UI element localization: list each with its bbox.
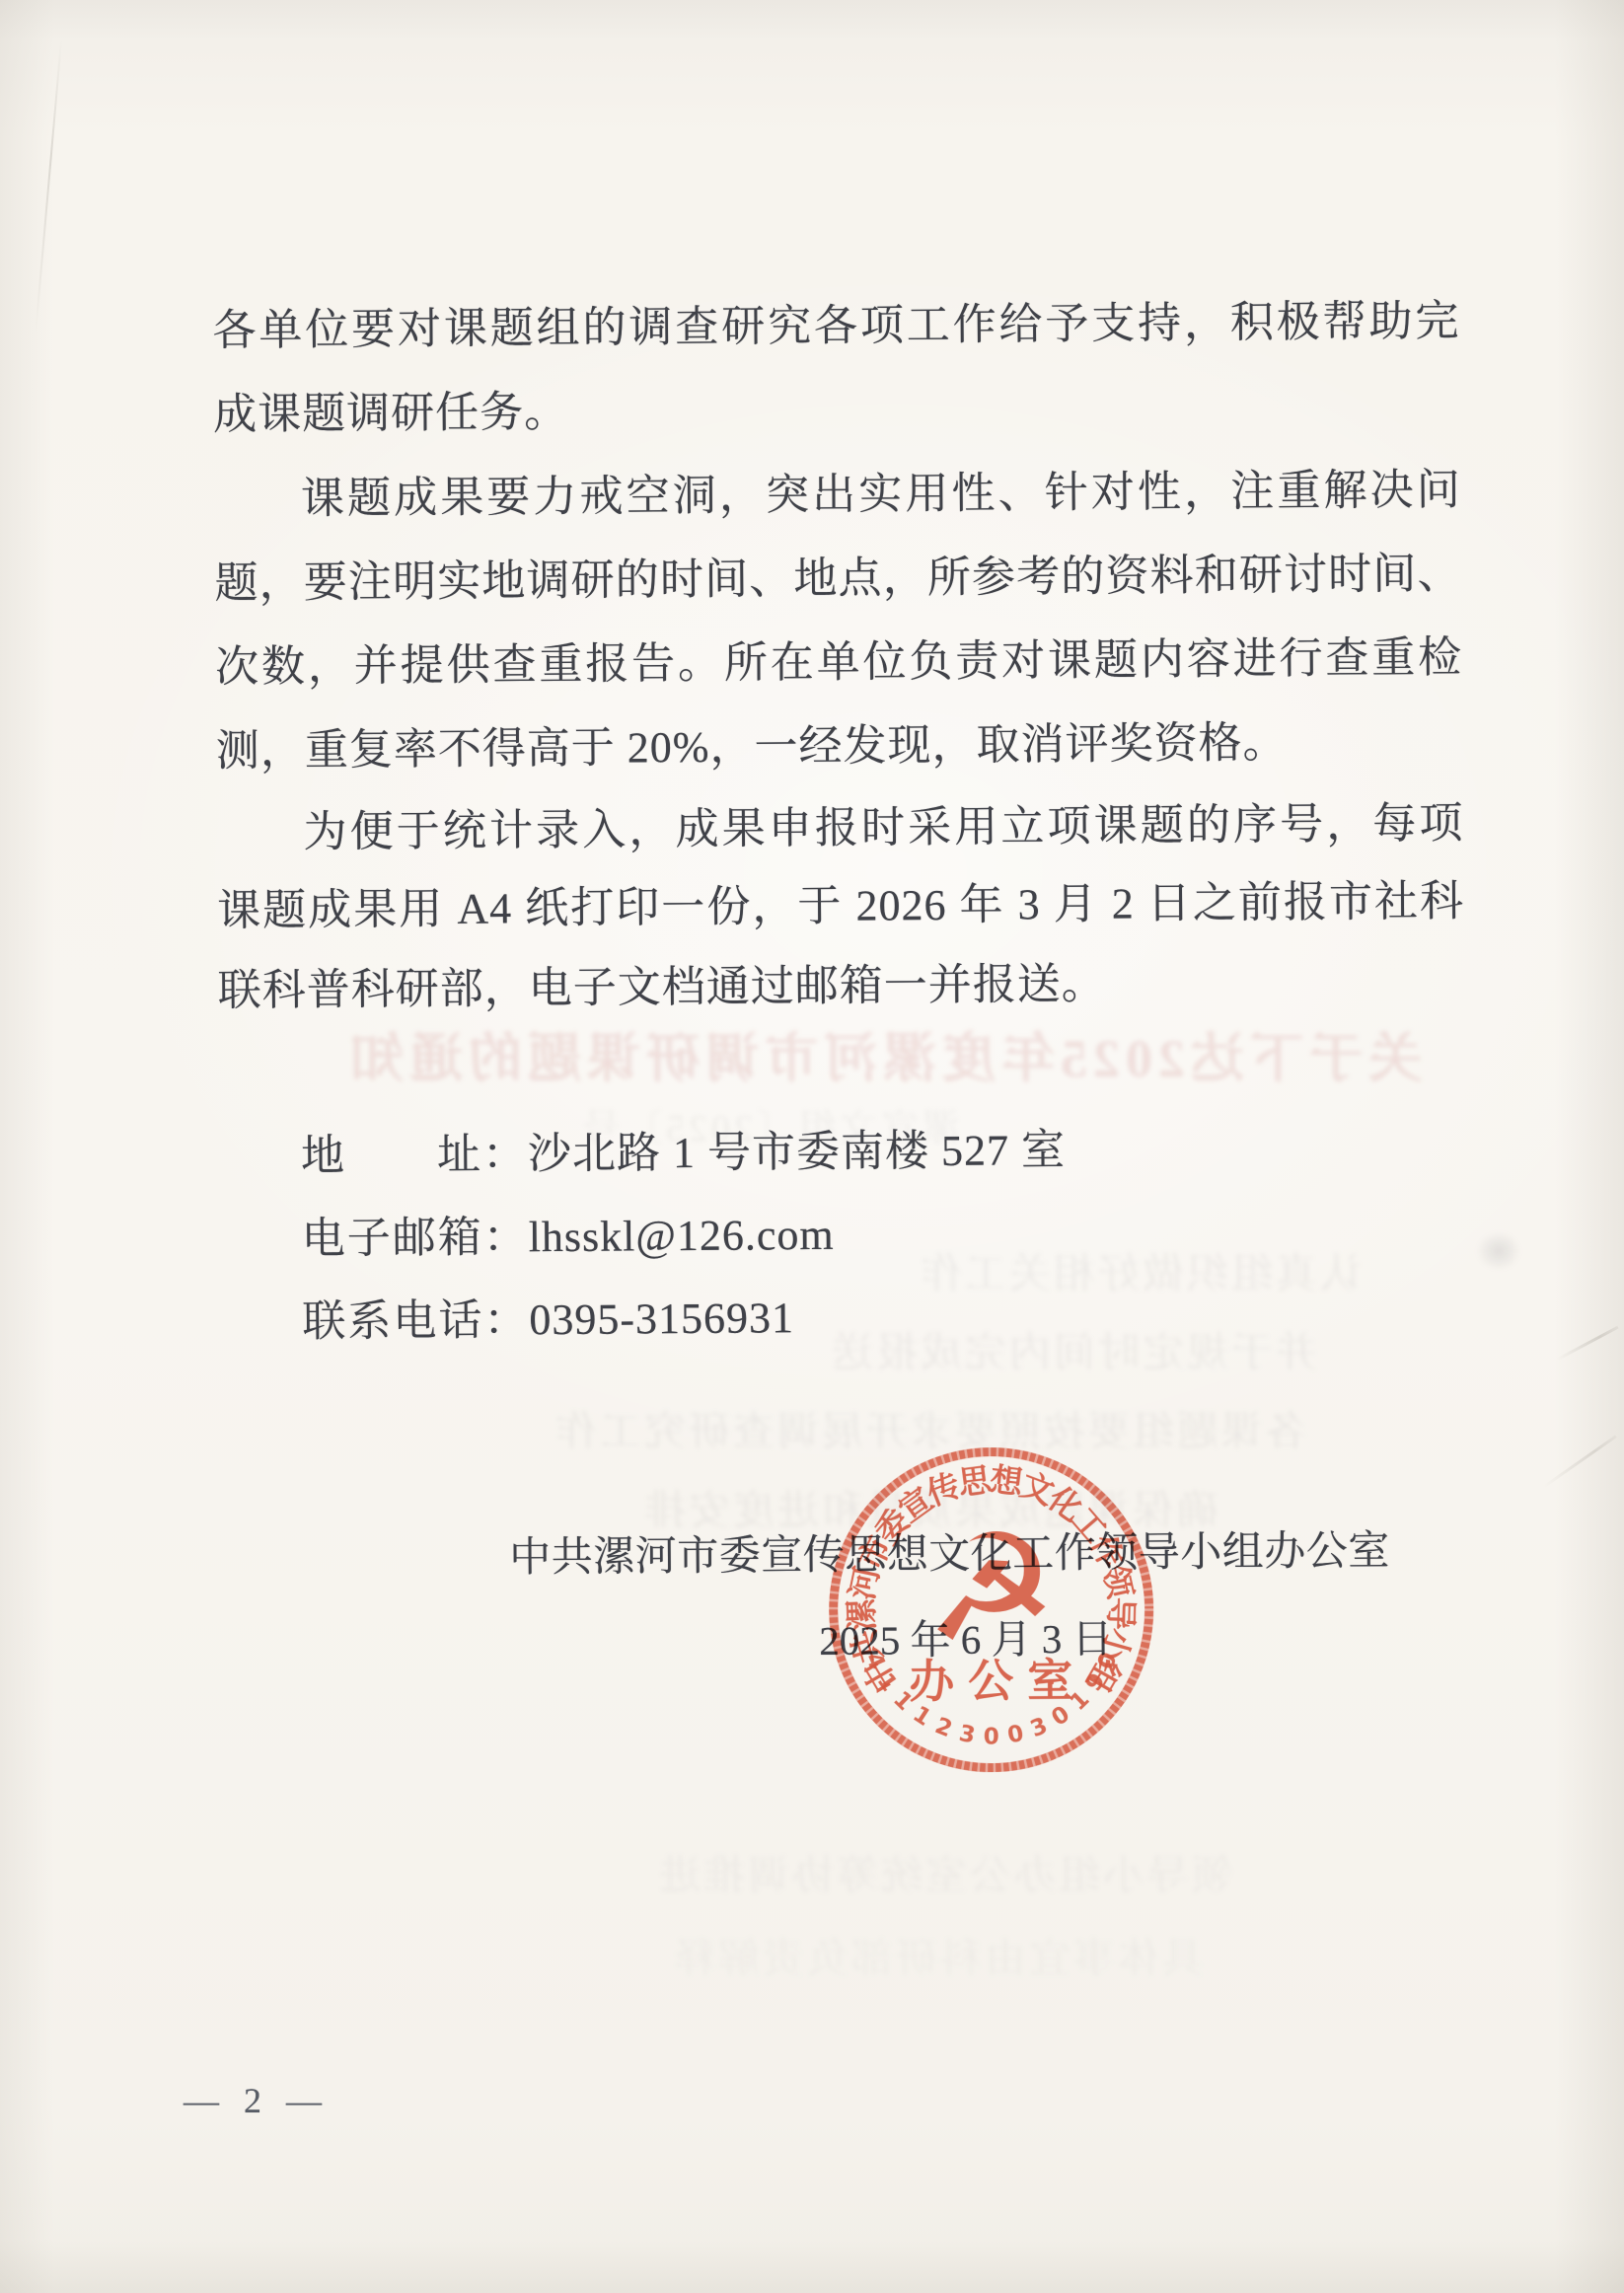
hammer-sickle-icon: ☭: [924, 1503, 1059, 1675]
body-line: 课题成果要力戒空洞，突出实用性、针对性，注重解决问: [301, 465, 1461, 533]
contact-email-row: 电子邮箱：lhsskl@126.com: [302, 1210, 835, 1273]
contact-address-row: 地 址：沙北路 1 号市委南楼 527 室: [301, 1125, 1066, 1190]
email-label: 电子邮箱：: [302, 1213, 529, 1263]
contact-phone-row: 联系电话：0395-3156931: [302, 1293, 794, 1356]
body-line: 测，重复率不得高于 20%，一经发现，取消评奖资格。: [216, 716, 1463, 785]
address-value: 沙北路 1 号市委南楼 527 室: [528, 1126, 1066, 1178]
official-seal: 中共漯河市委宣传思想文化工作领导小组 ☭ 办公室 4111230030190: [822, 1441, 1160, 1779]
email-value: lhsskl@126.com: [529, 1211, 835, 1261]
body-line: 次数，并提供查重报告。所在单位负责对课题内容进行查重检: [215, 632, 1462, 702]
document-content: 各单位要对课题组的调查研究各项工作给予支持，积极帮助完 成课题调研任务。 课题成…: [0, 0, 1624, 2293]
body-line: 各单位要对课题组的调查研究各项工作给予支持，积极帮助完: [212, 296, 1459, 365]
body-line: 成课题调研任务。: [213, 380, 1460, 449]
body-line: 联科普科研部，电子文档通过邮箱一并报送。: [218, 956, 1465, 1025]
body-line: 题，要注明实地调研的时间、地点，所参考的资料和研讨时间、: [214, 549, 1461, 618]
body-line: 为便于统计录入，成果申报时采用立项课题的序号，每项: [303, 798, 1463, 866]
address-label: 地 址：: [301, 1130, 528, 1180]
phone-value: 0395-3156931: [529, 1294, 794, 1344]
page-number: — 2 —: [184, 2080, 401, 2127]
seal-center-label: 办公室: [909, 1656, 1086, 1707]
phone-label: 联系电话：: [302, 1295, 529, 1346]
body-line: 课题成果用 A4 纸打印一份，于 2026 年 3 月 2 日之前报市社科: [217, 876, 1464, 945]
scanned-document-page: 关于下达2025年度漯河市调研课题的通知 漯宣文组〔2025〕号 认真组织做好相…: [0, 0, 1624, 2293]
